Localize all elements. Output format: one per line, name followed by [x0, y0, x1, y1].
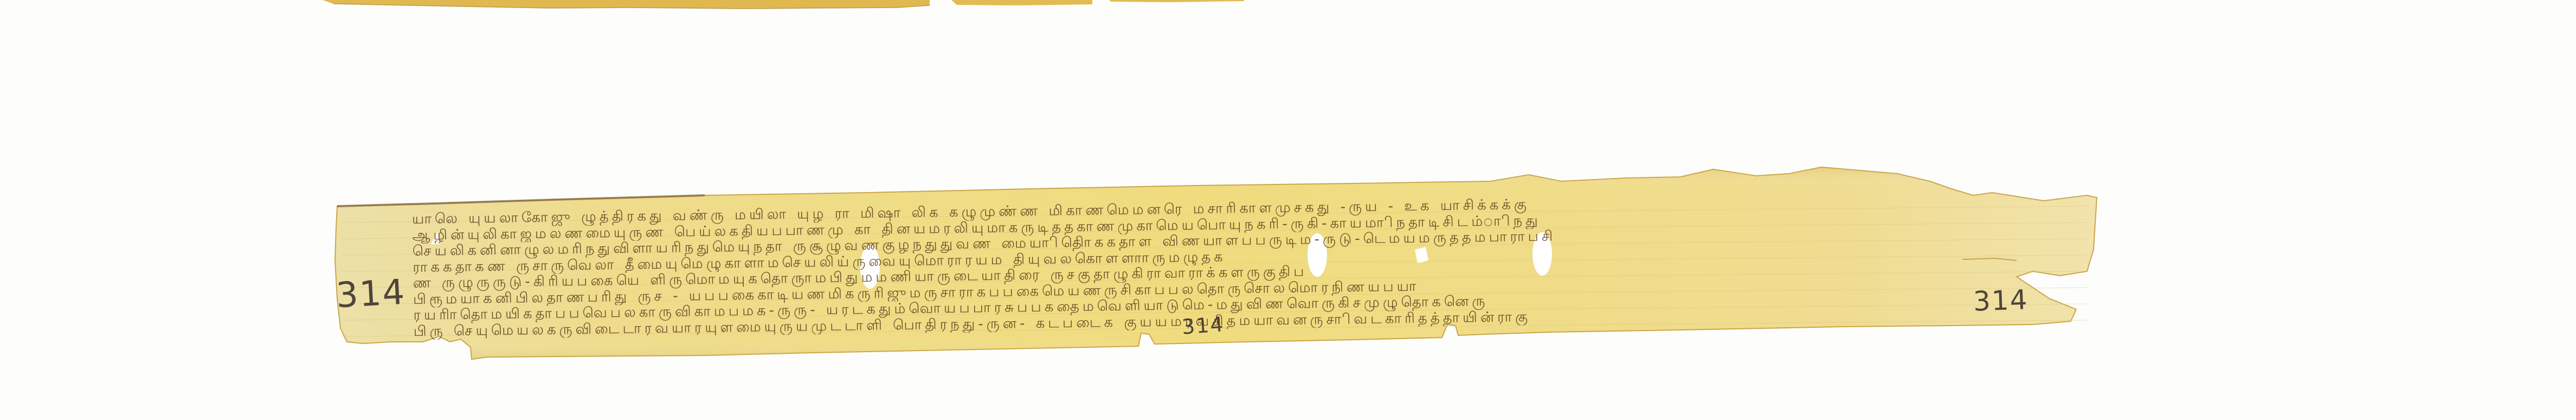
- photo-stage: யாலெ யுயலாகோஜு ழுத்திரகது வண்ரு மயிலா யு…: [0, 0, 2576, 420]
- manuscript-text: யாலெ யுயலாகோஜு ழுத்திரகது வண்ரு மயிலா யு…: [412, 190, 2040, 340]
- folio-number-right: 314: [1973, 284, 2028, 317]
- folio-number-left: 314: [335, 272, 407, 316]
- palm-leaf-folio: யாலெ யுயலாகோஜு ழுத்திரகது வண்ரு மயிலா யு…: [325, 163, 2114, 369]
- adjacent-leaf-shape: [323, 0, 1244, 11]
- folio-number-bottom: 314: [1181, 312, 1225, 339]
